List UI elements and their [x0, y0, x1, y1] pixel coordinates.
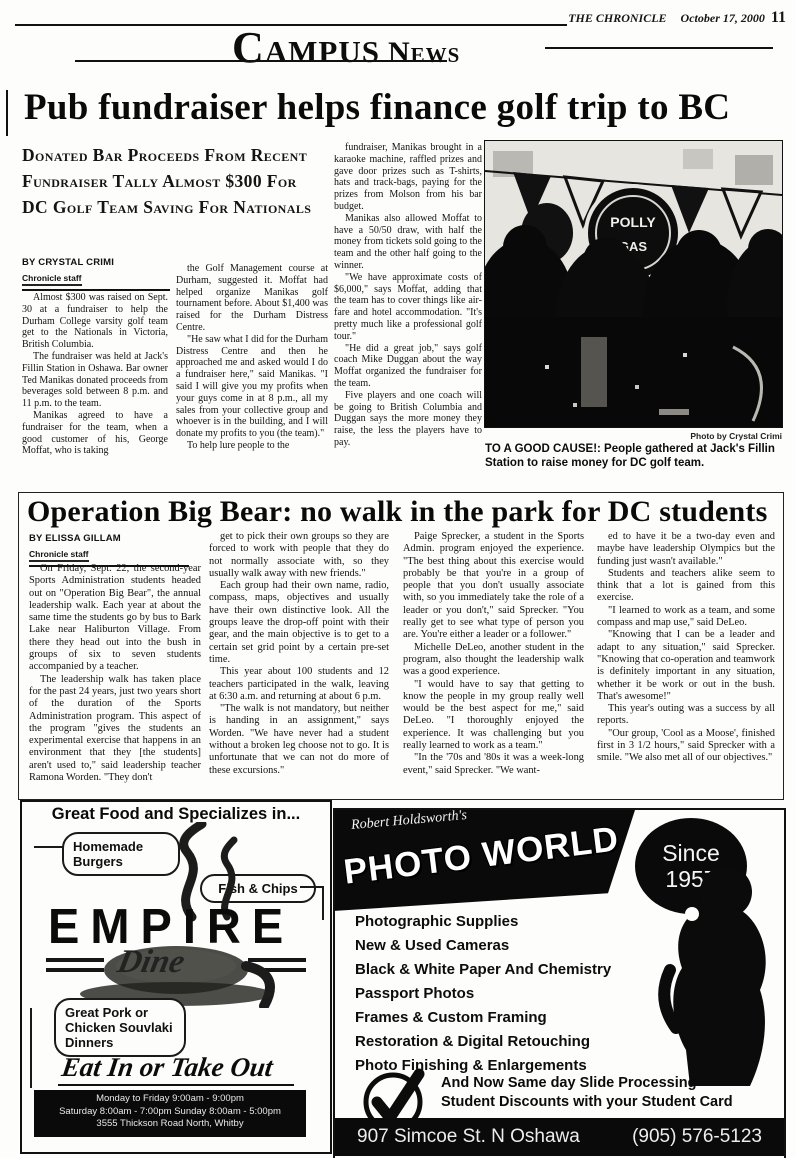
empire-tagline: Eat In or Take Out — [60, 1052, 275, 1083]
article1-byline: BY CRYSTAL CRIMI Chronicle staff — [22, 257, 170, 291]
article1-column-1: Almost $300 was raised on Sept. 30 at a … — [22, 292, 168, 490]
paragraph: Students and teachers alike seem to thin… — [597, 568, 775, 605]
paragraph: the Golf Management course at Durham, su… — [176, 263, 328, 334]
paragraph: Manikas agreed to have a fundraiser for … — [22, 410, 168, 457]
ad-empire-diner: Great Food and Specializes in... Homemad… — [20, 800, 332, 1154]
section-title-word1: Campus — [232, 23, 380, 72]
section-banner: CampusNews — [232, 22, 460, 73]
article1-headline: Pub fundraiser helps finance golf trip t… — [24, 86, 730, 129]
paragraph: ed to have it be a two-day even and mayb… — [597, 531, 775, 568]
paragraph: Almost $300 was raised on Sept. 30 at a … — [22, 292, 168, 351]
article1-photo-credit: Photo by Crystal Crimi — [485, 431, 782, 441]
article2-column-1: On Friday, Sept. 22, the second-year Spo… — [29, 563, 201, 793]
bar-crowd-photo-illustration: POLLY GAS — [485, 141, 782, 427]
article2-column-4: ed to have it be a two-day even and mayb… — [597, 531, 775, 793]
paragraph: "Our group, 'Cool as a Moose', finished … — [597, 728, 775, 765]
photo-sign-word1: POLLY — [610, 214, 656, 230]
article1-photo: POLLY GAS — [485, 141, 782, 427]
margin-tick — [6, 90, 8, 136]
paragraph: Paige Sprecker, a student in the Sports … — [403, 531, 584, 642]
masthead-date: October 17, 2000 — [681, 11, 765, 25]
article1-byline-org: Chronicle staff — [22, 273, 82, 286]
paragraph: "We have approximate costs of $6,000," s… — [334, 272, 482, 343]
paragraph: Five players and one coach will be going… — [334, 390, 482, 449]
article2-byline-name: BY ELISSA GILLAM — [29, 533, 189, 544]
article1-column-3: fundraiser, Manikas brought in a karaoke… — [334, 142, 482, 490]
paragraph: This year's outing was a success by all … — [597, 703, 775, 728]
connector-line — [30, 1008, 32, 1088]
paragraph: On Friday, Sept. 22, the second-year Spo… — [29, 563, 201, 674]
paragraph: get to pick their own groups so they are… — [209, 531, 389, 580]
paragraph: fundraiser, Manikas brought in a karaoke… — [334, 142, 482, 213]
paragraph: "I would have to say that getting to kno… — [403, 679, 584, 753]
paragraph: "Knowing that I can be a leader and adap… — [597, 629, 775, 703]
service-item: Passport Photos — [355, 982, 675, 1006]
promo-line1: And Now Same day Slide Processing — [441, 1074, 781, 1093]
photoworld-phone: (905) 576-5123 — [632, 1126, 762, 1148]
connector-line — [34, 846, 64, 848]
tagline-underline — [58, 1084, 294, 1086]
paragraph: "I learned to work as a team, and some c… — [597, 605, 775, 630]
paragraph: "He did a great job," says golf coach Mi… — [334, 343, 482, 390]
empire-logo-script: Dine — [114, 944, 188, 981]
article1-deck: Donated Bar Proceeds From Recent Fundrai… — [22, 142, 324, 220]
article2-headline: Operation Big Bear: no walk in the park … — [27, 495, 768, 529]
paragraph: This year about 100 students and 12 teac… — [209, 666, 389, 703]
paragraph: The leadership walk has taken place for … — [29, 674, 201, 785]
paragraph: "He saw what I did for the Durham Distre… — [176, 334, 328, 440]
paragraph: The fundraiser was held at Jack's Fillin… — [22, 351, 168, 410]
section-title-word2: News — [388, 36, 460, 69]
photoworld-address: 907 Simcoe St. N Oshawa — [357, 1126, 580, 1148]
paragraph: To help lure people to the — [176, 440, 328, 452]
service-item: Black & White Paper And Chemistry — [355, 958, 675, 982]
article1-byline-name: BY CRYSTAL CRIMI — [22, 257, 170, 268]
empire-address: 3555 Thickson Road North, Whitby — [34, 1118, 306, 1131]
empire-hours-line1: Monday to Friday 9:00am - 9:00pm — [34, 1093, 306, 1106]
ad-photo-world: Robert Holdsworth's PHOTO WORLD Since 19… — [333, 808, 786, 1158]
section-rule-right — [545, 47, 773, 49]
article2-box: Operation Big Bear: no walk in the park … — [18, 492, 784, 800]
newspaper-page: THE CHRONICLEOctober 17, 200011 CampusNe… — [0, 0, 796, 1158]
masthead-paper-name: THE CHRONICLE — [568, 11, 666, 25]
article2-byline: BY ELISSA GILLAM Chronicle staff — [29, 533, 189, 567]
service-item: Restoration & Digital Retouching — [355, 1030, 675, 1054]
section-rule-under — [75, 60, 447, 62]
connector-line — [300, 886, 324, 888]
article2-byline-org: Chronicle staff — [29, 549, 89, 562]
empire-hours-bar: Monday to Friday 9:00am - 9:00pm Saturda… — [34, 1090, 306, 1137]
photoworld-promo: And Now Same day Slide Processing Studen… — [441, 1074, 781, 1112]
byline-rule — [22, 289, 170, 291]
paragraph: Each group had their own name, radio, co… — [209, 580, 389, 666]
empire-hours-line2: Saturday 8:00am - 7:00pm Sunday 8:00am -… — [34, 1106, 306, 1119]
article2-column-2: get to pick their own groups so they are… — [209, 531, 389, 793]
article2-column-3: Paige Sprecker, a student in the Sports … — [403, 531, 584, 793]
service-item: Frames & Custom Framing — [355, 1006, 675, 1030]
service-item: New & Used Cameras — [355, 934, 675, 958]
paragraph: Michelle DeLeo, another student in the p… — [403, 642, 584, 679]
article1-column-2: the Golf Management course at Durham, su… — [176, 263, 328, 490]
service-item: Photographic Supplies — [355, 910, 675, 934]
article1-photo-caption: TO A GOOD CAUSE!: People gathered at Jac… — [485, 442, 782, 470]
connector-line — [322, 886, 324, 920]
paragraph: "The walk is not mandatory, but neither … — [209, 703, 389, 777]
masthead: THE CHRONICLEOctober 17, 200011 — [568, 9, 786, 27]
empire-bubble-souvlaki: Great Pork or Chicken Souvlaki Dinners — [54, 998, 186, 1057]
promo-line2: Student Discounts with your Student Card — [441, 1093, 781, 1112]
photoworld-contact-bar: 907 Simcoe St. N Oshawa (905) 576-5123 — [335, 1118, 784, 1156]
masthead-page-number: 11 — [771, 9, 786, 26]
paragraph: "In the '70s and '80s it was a week-long… — [403, 752, 584, 777]
photoworld-services-list: Photographic Supplies New & Used Cameras… — [355, 910, 675, 1078]
paragraph: Manikas also allowed Moffat to have a 50… — [334, 213, 482, 272]
